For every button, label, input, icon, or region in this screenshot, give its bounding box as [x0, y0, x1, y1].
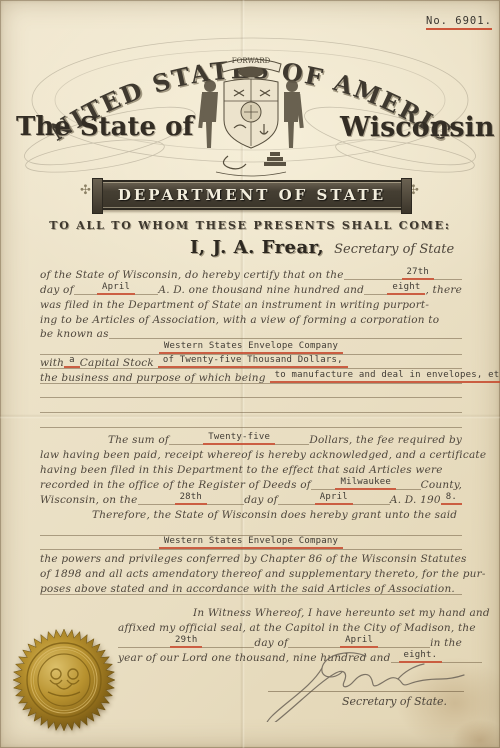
wisconsin-coat-of-arms: FORWARD: [176, 50, 326, 178]
motto-text: FORWARD: [232, 57, 271, 65]
certificate-page: No. 6901. UNITED STATES OF AMERICA The S…: [0, 0, 500, 748]
body-line: In Witness Whereof, I have hereunto set …: [118, 602, 462, 618]
body-line: be known as: [40, 323, 462, 339]
body-line: of 1898 and all acts amendatory thereof …: [40, 563, 462, 579]
body-line: law having been paid, receipt whereof is…: [40, 444, 462, 460]
body-line: the powers and privileges conferred by C…: [40, 548, 462, 564]
signature-title: Secretary of State.: [342, 695, 447, 708]
signature-autograph: [248, 642, 473, 722]
banner-ornament-left: ✣: [80, 183, 91, 198]
body-line: Therefore, the State of Wisconsin does h…: [40, 504, 462, 520]
officer-title: Secretary of State: [334, 242, 454, 257]
state-seal: [12, 628, 116, 732]
body-line: poses above stated and in accordance wit…: [40, 578, 462, 595]
banner-title: DEPARTMENT OF STATE: [118, 186, 386, 204]
banner-endcap-right: [401, 178, 412, 214]
seal-starburst: [13, 629, 115, 731]
body-line: having been filed in this Department to …: [40, 459, 462, 475]
body-line: was filed in the Department of State an …: [40, 294, 462, 310]
banner-endcap-left: [92, 178, 103, 214]
department-banner: DEPARTMENT OF STATE: [98, 180, 406, 210]
salutation: TO ALL TO WHOM THESE PRESENTS SHALL COME…: [0, 219, 500, 232]
blank-ruled-line: [40, 411, 462, 428]
state-left-title: The State of: [16, 112, 194, 142]
body-line: recorded in the office of the Register o…: [40, 474, 462, 490]
line-text: poses above stated and in accordance wit…: [40, 584, 455, 595]
officer-name: I, J. A. Frear,: [190, 237, 324, 258]
state-right-title: Wisconsin: [340, 112, 494, 143]
body-line: of the State of Wisconsin, do hereby cer…: [40, 264, 462, 280]
body-line: The sum of Twenty-five Dollars, the fee …: [40, 429, 462, 445]
signature-rule: [268, 691, 464, 692]
body-line: day of April A. D. one thousand nine hun…: [40, 279, 462, 295]
body-line: Wisconsin, on the 28th day of April A. D…: [40, 489, 462, 505]
body-line: affixed my official seal, at the Capitol…: [118, 617, 462, 633]
officer-line: I, J. A. Frear, Secretary of State: [40, 237, 462, 258]
